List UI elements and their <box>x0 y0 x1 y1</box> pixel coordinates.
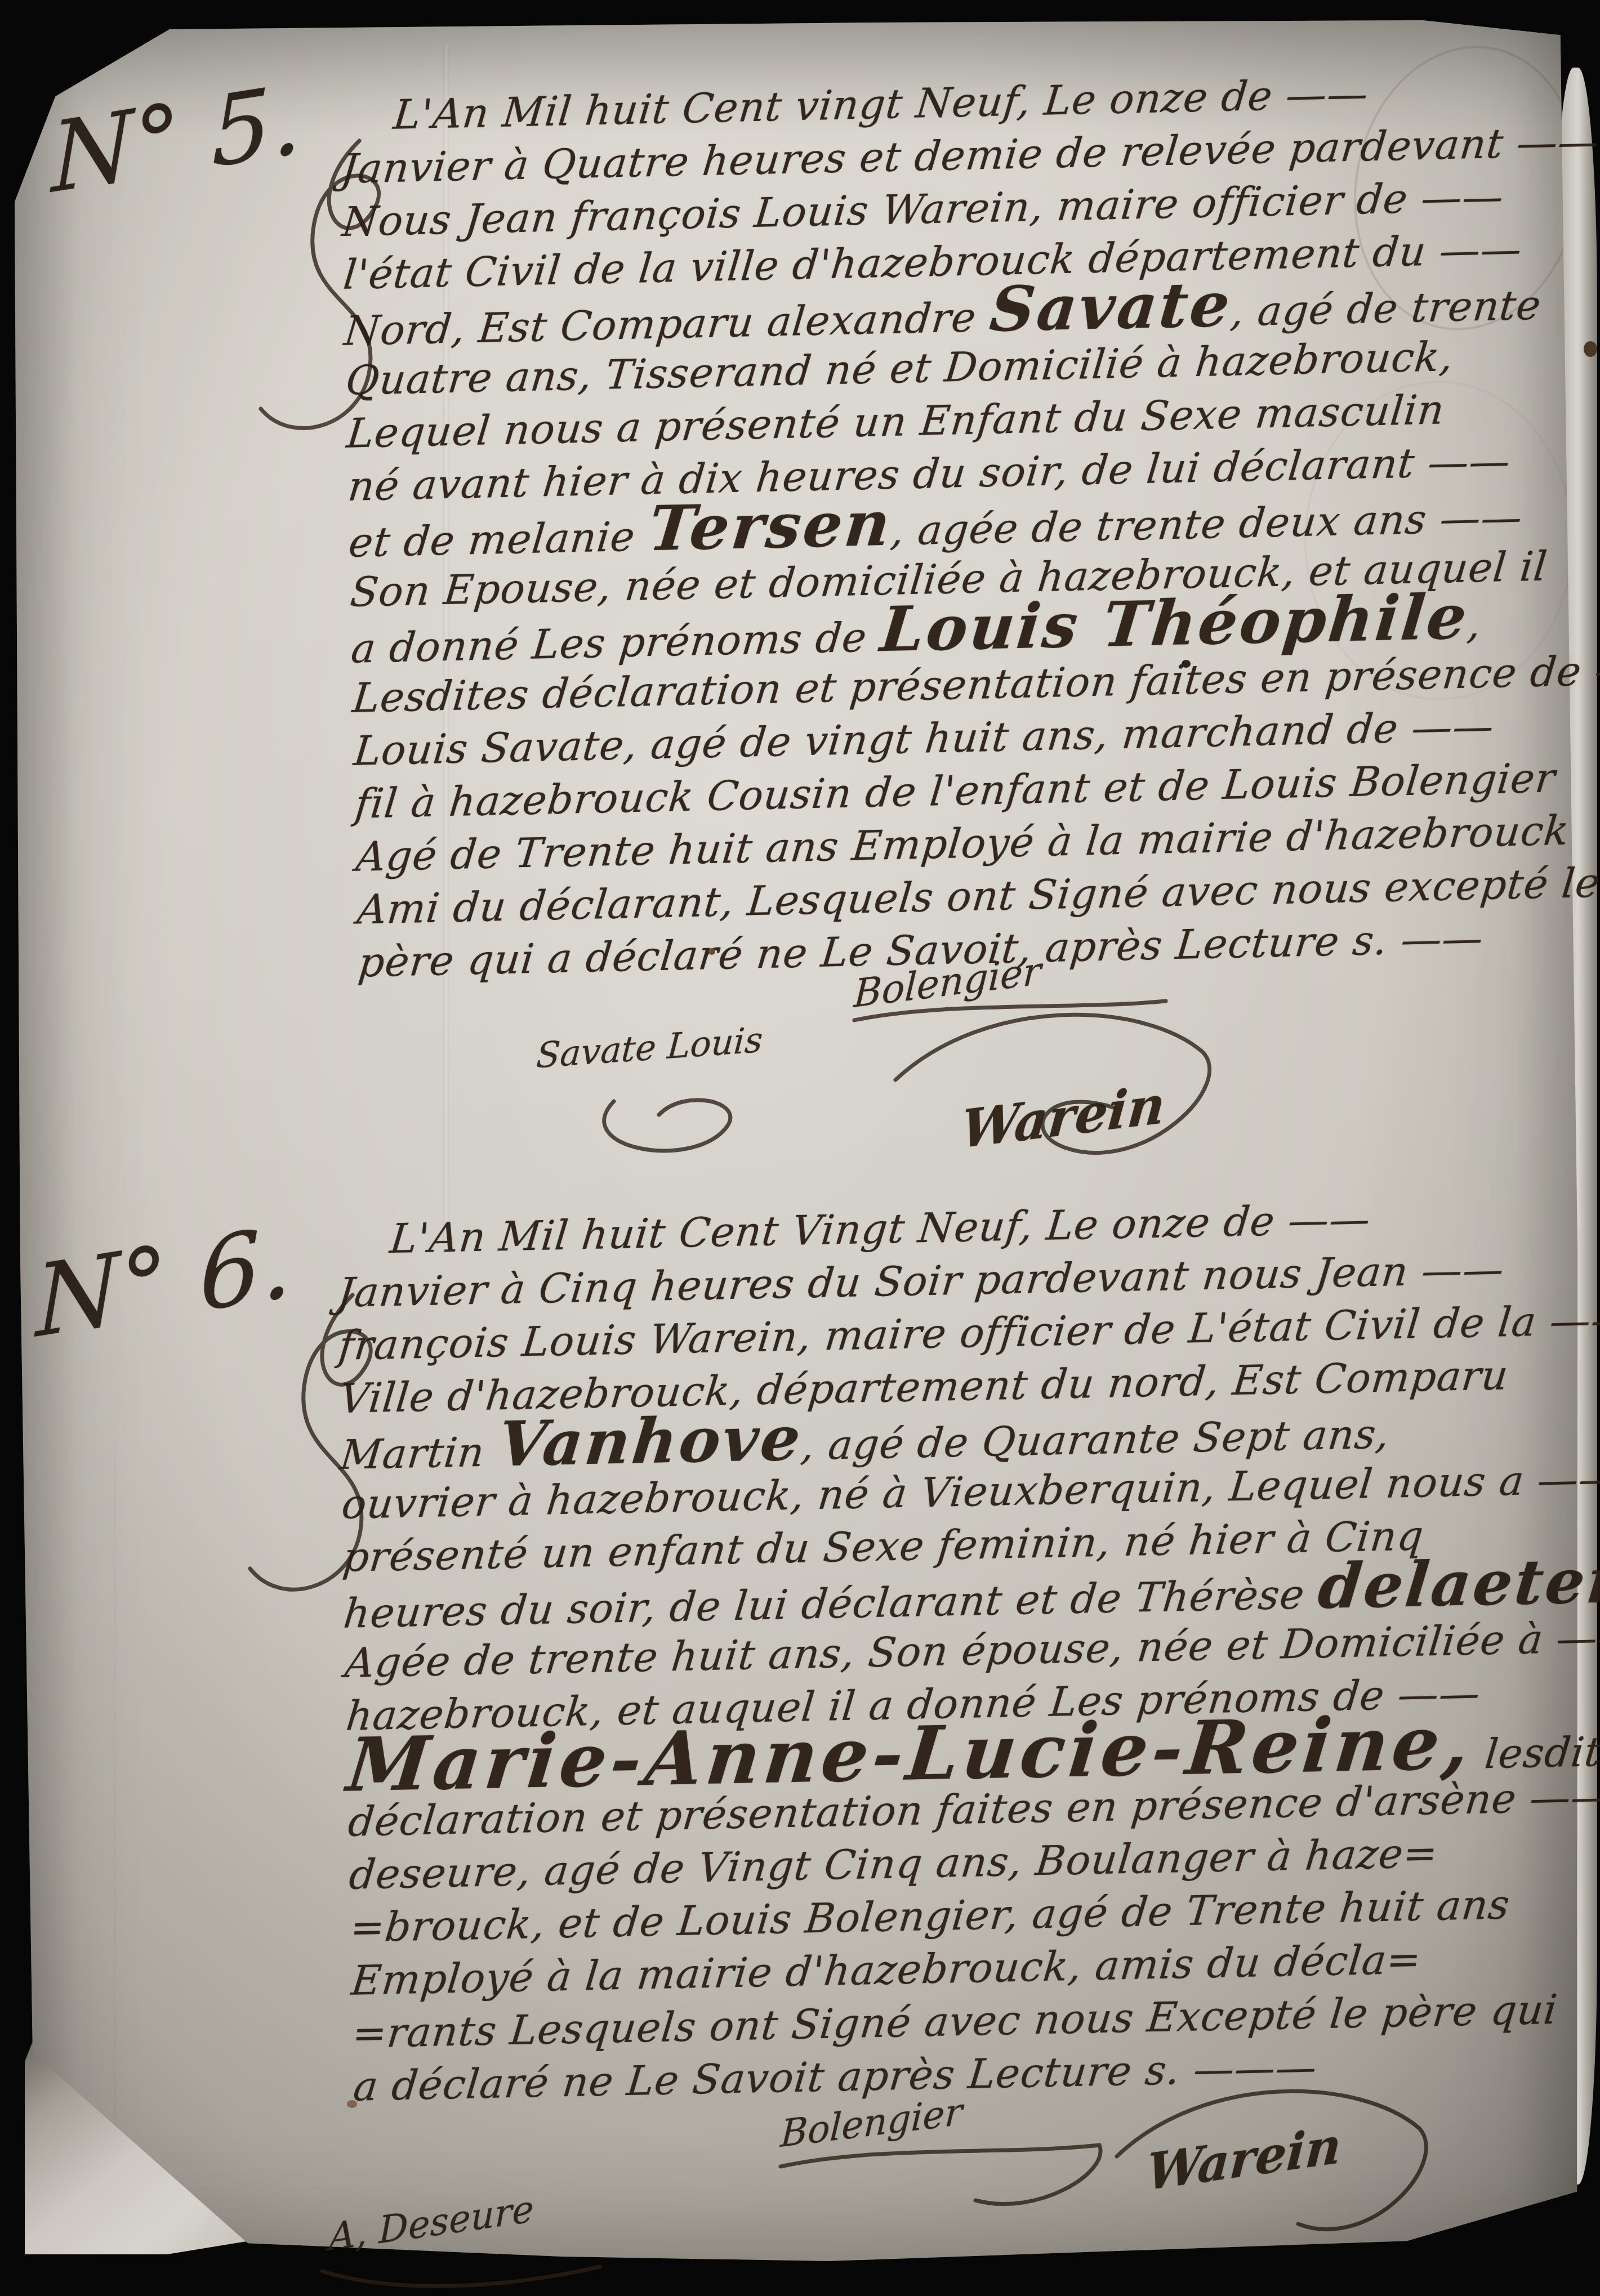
faint-crease <box>114 1439 118 2227</box>
ink-blot <box>1182 660 1191 668</box>
record6-text: L'An Mil huit Cent Vingt Neuf, Le onze d… <box>333 1184 1600 2109</box>
ink-blot <box>1584 341 1597 357</box>
signature-deseure-underline <box>315 2261 608 2295</box>
register-photograph: N° 5. L'An Mil huit Cent vingt Neuf, Le … <box>0 0 1600 2296</box>
paper-stain <box>347 2100 357 2108</box>
record5-text: L'An Mil huit Cent vingt Neuf, Le onze d… <box>337 58 1600 985</box>
ink-speck <box>708 948 715 955</box>
